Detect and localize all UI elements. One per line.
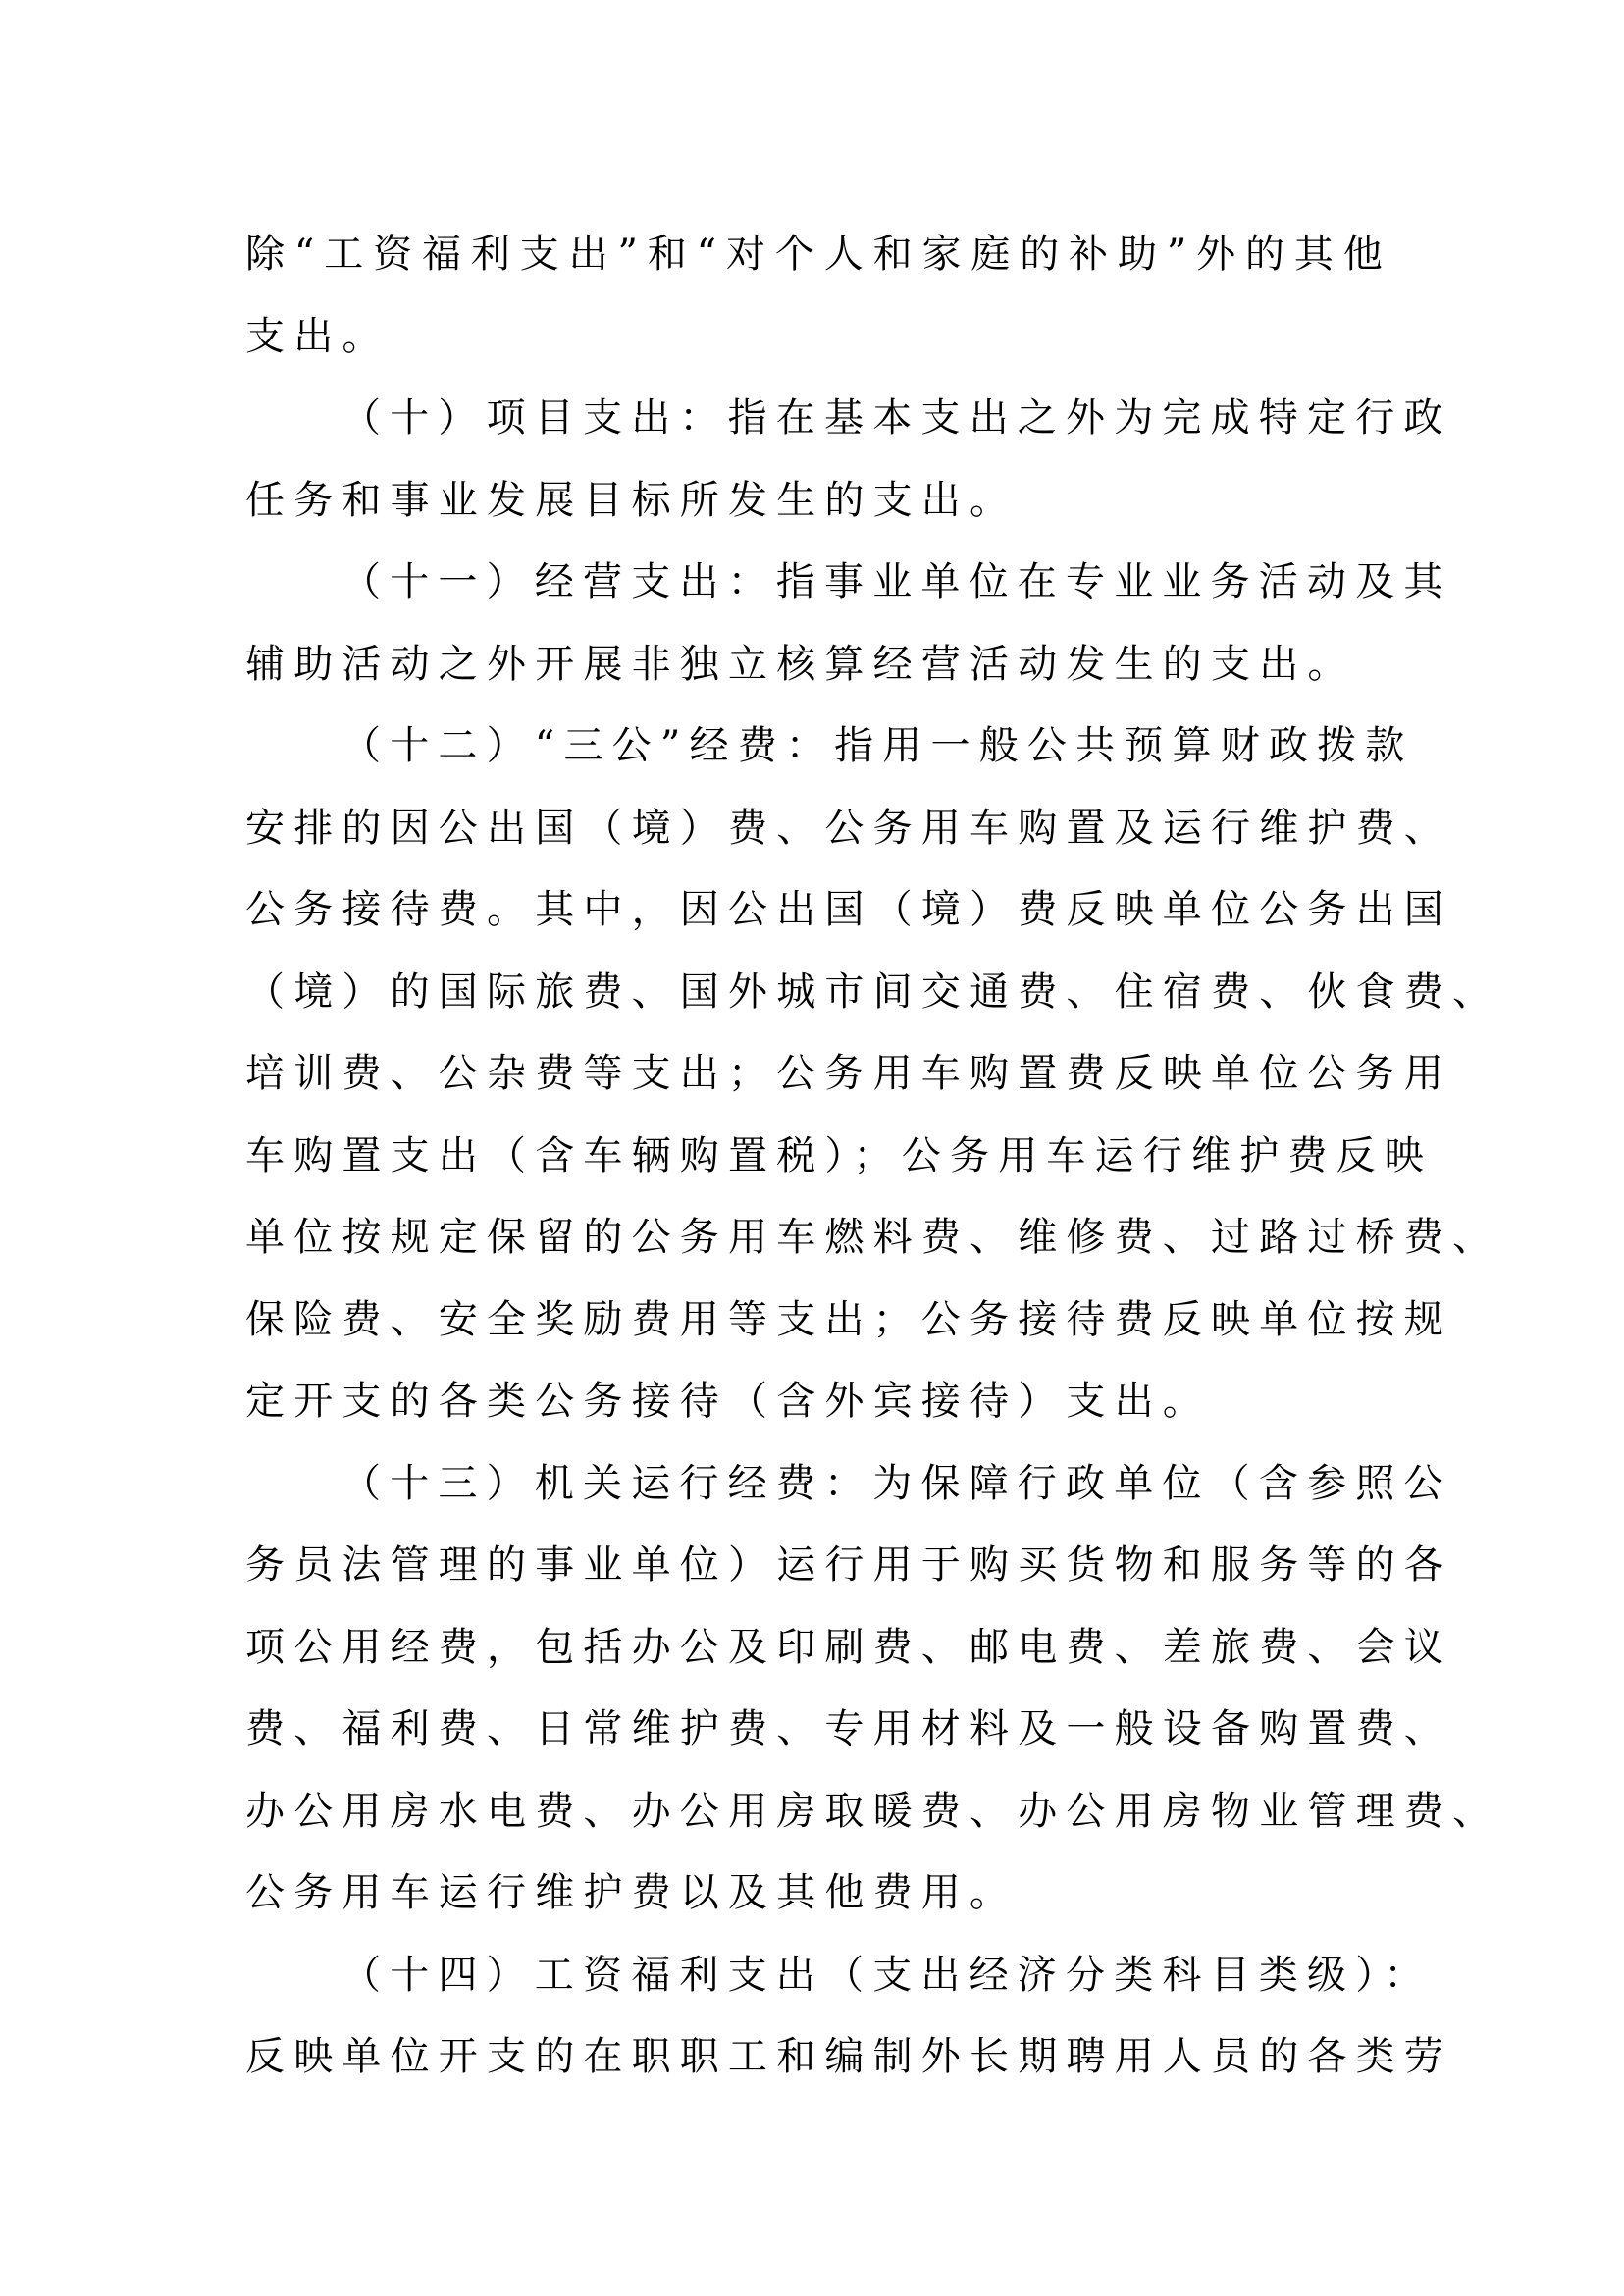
text-line: 务员法管理的事业单位）运行用于购买货物和服务等的各 (245, 1525, 1391, 1607)
text-line: 车购置支出（含车辆购置税）；公务用车运行维护费反映 (245, 1116, 1391, 1198)
text-line: 定开支的各类公务接待（含外宾接待）支出。 (245, 1361, 1391, 1443)
text-line: （十）项目支出：指在基本支出之外为完成特定行政 (245, 378, 1391, 460)
paragraph-item-10-project-expenditure: （十）项目支出：指在基本支出之外为完成特定行政 任务和事业发展目标所发生的支出。 (245, 378, 1391, 542)
text-line: 辅助活动之外开展非独立核算经营活动发生的支出。 (245, 624, 1391, 706)
text-line: 办公用房水电费、办公用房取暖费、办公用房物业管理费、 (245, 1771, 1391, 1853)
text-line: 单位按规定保留的公务用车燃料费、维修费、过路过桥费、 (245, 1197, 1391, 1279)
text-line: 安排的因公出国（境）费、公务用车购置及运行维护费、 (245, 788, 1391, 870)
document-page: 除“工资福利支出”和“对个人和家庭的补助”外的其他 支出。 （十）项目支出：指在… (245, 214, 1391, 2099)
text-line: 除“工资福利支出”和“对个人和家庭的补助”外的其他 (245, 214, 1391, 296)
text-line: 支出。 (245, 296, 1391, 379)
text-line: （十二）“三公”经费：指用一般公共预算财政拨款 (245, 705, 1391, 788)
text-line: 反映单位开支的在职职工和编制外长期聘用人员的各类劳 (245, 2016, 1391, 2099)
paragraph-item-13-agency-operating-funds: （十三）机关运行经费：为保障行政单位（含参照公 务员法管理的事业单位）运行用于购… (245, 1443, 1391, 1935)
text-line: （十一）经营支出：指事业单位在专业业务活动及其 (245, 542, 1391, 624)
text-line: 公务用车运行维护费以及其他费用。 (245, 1852, 1391, 1935)
text-line: （十四）工资福利支出（支出经济分类科目类级）： (245, 1935, 1391, 2017)
text-line: （十三）机关运行经费：为保障行政单位（含参照公 (245, 1443, 1391, 1526)
text-line: 保险费、安全奖励费用等支出；公务接待费反映单位按规 (245, 1279, 1391, 1362)
paragraph-continued-expenditure: 除“工资福利支出”和“对个人和家庭的补助”外的其他 支出。 (245, 214, 1391, 378)
paragraph-item-14-wage-welfare-expenditure: （十四）工资福利支出（支出经济分类科目类级）： 反映单位开支的在职职工和编制外长… (245, 1935, 1391, 2099)
paragraph-item-12-three-public-funds: （十二）“三公”经费：指用一般公共预算财政拨款 安排的因公出国（境）费、公务用车… (245, 705, 1391, 1443)
text-line: 培训费、公杂费等支出；公务用车购置费反映单位公务用 (245, 1033, 1391, 1116)
text-line: 公务接待费。其中，因公出国（境）费反映单位公务出国 (245, 869, 1391, 952)
text-line: （境）的国际旅费、国外城市间交通费、住宿费、伙食费、 (245, 952, 1391, 1034)
text-line: 费、福利费、日常维护费、专用材料及一般设备购置费、 (245, 1689, 1391, 1771)
text-line: 项公用经费，包括办公及印刷费、邮电费、差旅费、会议 (245, 1607, 1391, 1690)
text-line: 任务和事业发展目标所发生的支出。 (245, 460, 1391, 543)
paragraph-item-11-operating-expenditure: （十一）经营支出：指事业单位在专业业务活动及其 辅助活动之外开展非独立核算经营活… (245, 542, 1391, 705)
